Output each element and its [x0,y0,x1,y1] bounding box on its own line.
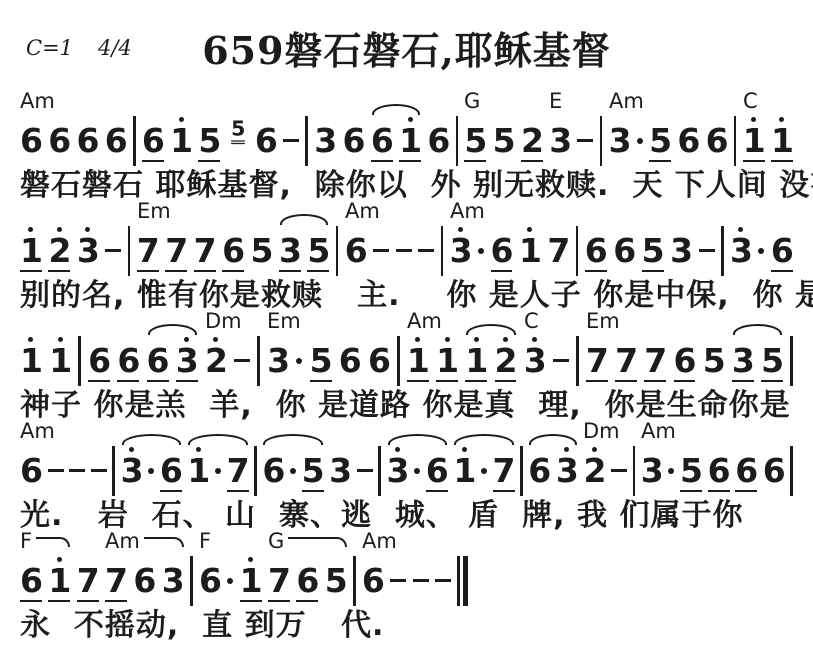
barline [378,443,381,497]
note: 5 [310,333,332,387]
dash [390,553,406,607]
dash [413,553,429,607]
note: 1 [519,223,541,277]
chord-label: F [20,529,32,553]
music-line: 617763617656永 不摇动, 直 到万 代.FAmFGAm [20,528,793,638]
note: 3 [670,223,692,277]
note: 5 [680,443,702,497]
note: 6 [371,113,393,167]
chord-label: Am [362,529,397,553]
dash [105,223,121,277]
barline [600,113,603,167]
note: 6 [427,113,449,167]
note: 6 [262,443,284,497]
note: 7 [165,223,187,277]
barline [734,113,737,167]
note: 5 [325,553,347,607]
augmentation-dot [758,223,764,277]
augmentation-dot [637,113,643,167]
note: 5 [307,223,329,277]
augmentation-dot [148,443,154,497]
note: 2 [521,113,543,167]
note: 5 [464,113,486,167]
note: 5 [642,223,664,277]
note: 6 [491,223,513,277]
chord-label: F [199,529,211,553]
note: 1 [187,443,209,497]
barline [456,113,459,167]
augmentation-dot [296,333,302,387]
dash [283,113,299,167]
barline [257,333,260,387]
note: 3 [267,333,289,387]
note: 6 [296,553,318,607]
note: 5 [493,113,515,167]
note: 6 [708,443,730,497]
note: 3 [121,443,143,497]
note: 3 [387,443,409,497]
augmentation-dot [478,223,484,277]
augmentation-dot [668,443,674,497]
note: 6 [343,113,365,167]
sheet-music-page: C=1 4/4 659磐石磐石,耶稣基督 6666615563661655233… [0,0,813,654]
note: 2 [205,333,227,387]
slur [454,434,514,445]
note: 1 [453,443,475,497]
dash [553,333,569,387]
note: 5 [703,333,725,387]
slur [188,434,248,445]
note: 7 [137,223,159,277]
note: 6 [585,223,607,277]
slur [372,104,420,115]
note: 1 [20,333,42,387]
note: 3 [450,223,472,277]
note: 2 [583,443,605,497]
barline [790,333,793,387]
slur [122,434,181,445]
chord-label: Dm [205,309,242,333]
note: 7 [644,333,666,387]
barline [576,223,579,277]
chord-label: Am [20,89,55,113]
slur [263,434,323,445]
chord-label: E [549,89,562,113]
slur [733,324,782,335]
notes-row: 123777653563617665336 [20,223,793,277]
note: 6 [77,113,99,167]
chord-arc [288,537,347,547]
note: 3 [329,443,351,497]
notes-row: 11666323566111237776535 [20,333,793,387]
grace-note: 5 [231,111,245,144]
barline [397,333,400,387]
note: 6 [142,113,164,167]
barline [254,443,257,497]
dash [396,223,412,277]
note: 5 [198,113,220,167]
chord-label: Am [641,419,676,443]
note: 2 [48,223,70,277]
chord-label: Am [407,309,442,333]
note: 5 [649,113,671,167]
note: 6 [199,553,221,607]
note: 6 [48,113,70,167]
note: 3 [732,333,754,387]
header: C=1 4/4 659磐石磐石,耶稣基督 [0,0,813,88]
note: 7 [77,553,99,607]
augmentation-dot [215,443,221,497]
note: 6 [339,333,361,387]
slur [529,434,577,445]
barline [190,553,193,607]
lyrics-line: 永 不摇动, 直 到万 代. [20,610,793,642]
chord-label: G [268,529,284,553]
note: 6 [362,553,384,607]
chord-label: Am [345,199,380,223]
note: 6 [88,333,110,387]
note: 7 [227,443,249,497]
note: 6 [771,223,793,277]
chord-label: Am [609,89,644,113]
music-line: 63617653361763235666光. 岩 石、 山 寨、逃 城、 盾 牌… [20,418,793,528]
dash [48,443,64,497]
note: 6 [20,553,42,607]
barline [78,333,81,387]
notes-row: 63617653361763235666 [20,443,793,497]
dash [699,223,715,277]
augmentation-dot [227,553,233,607]
note: 6 [426,443,448,497]
chord-label: Em [267,309,301,333]
barline [441,223,444,277]
barline [721,223,724,277]
barline [336,223,339,277]
note: 6 [133,553,155,607]
note: 6 [677,113,699,167]
chord-label: C [524,309,539,333]
note: 6 [674,333,696,387]
note: 3 [314,113,336,167]
note: 7 [105,553,127,607]
dash [69,443,85,497]
dash [611,443,627,497]
barline [305,113,308,167]
note: 3 [641,443,663,497]
note: 6 [345,223,367,277]
note: 7 [615,333,637,387]
slur [388,434,447,445]
barline [353,553,356,607]
note: 7 [194,223,216,277]
barline [790,443,793,497]
note: 1 [48,553,70,607]
note: 6 [105,113,127,167]
note: 6 [763,443,785,497]
barline [576,333,579,387]
time-signature: 4/4 [98,36,132,60]
note: 3 [77,223,99,277]
music-line: 666661556366165523356611磐石磐石 耶稣基督, 除你以 外… [20,88,793,198]
note: 1 [771,113,793,167]
chord-arc [36,537,70,547]
note: 7 [268,553,290,607]
note: 6 [528,443,550,497]
note: 1 [20,223,42,277]
slur [148,324,197,335]
chord-label: Am [105,529,140,553]
note: 7 [586,333,608,387]
notes-row: 617763617656 [20,553,468,607]
note: 6 [706,113,728,167]
note: 3 [556,443,578,497]
key-signature: C=1 [26,36,73,60]
note: 7 [547,223,569,277]
dash [577,113,593,167]
barline [133,113,136,167]
note: 6 [368,333,390,387]
barline [520,443,523,497]
note: 3 [609,113,631,167]
note: 7 [493,443,515,497]
note: 3 [730,223,752,277]
note: 1 [49,333,71,387]
note: 1 [240,553,262,607]
note: 6 [20,443,42,497]
slur [466,324,516,335]
chord-label: Em [586,309,620,333]
dash [373,223,389,277]
barline [633,443,636,497]
augmentation-dot [481,443,487,497]
note: 1 [743,113,765,167]
dash [435,553,451,607]
note: 1 [436,333,458,387]
note: 5 [761,333,783,387]
augmentation-dot [414,443,420,497]
chord-label: Dm [583,419,620,443]
note: 6 [147,333,169,387]
note: 1 [407,333,429,387]
barline [112,443,115,497]
chord-arc [144,537,184,547]
chord-label: Em [137,199,171,223]
note: 6 [222,223,244,277]
note: 3 [162,553,184,607]
slur [280,214,328,225]
music-line: 11666323566111237776535神子 你是羔 羊, 你 是道路 你… [20,308,793,418]
note: 5 [251,223,273,277]
music-line: 123777653563617665336别的名, 惟有你是救赎 主. 你 是人… [20,198,793,308]
note: 3 [549,113,571,167]
note: 5 [302,443,324,497]
note: 6 [613,223,635,277]
chord-label: C [743,89,758,113]
dash [418,223,434,277]
augmentation-dot [290,443,296,497]
note: 6 [20,113,42,167]
note: 6 [735,443,757,497]
note: 6 [117,333,139,387]
chord-label: Am [20,419,55,443]
note: 3 [279,223,301,277]
barline [128,223,131,277]
note: 1 [465,333,487,387]
score: 666661556366165523356611磐石磐石 耶稣基督, 除你以 外… [0,88,813,638]
note: 6 [160,443,182,497]
chord-label: Am [450,199,485,223]
note: 1 [399,113,421,167]
note: 2 [495,333,517,387]
dash [91,443,107,497]
notes-row: 666661556366165523356611 [20,113,793,167]
final-barline [457,553,468,607]
note: 3 [524,333,546,387]
note: 3 [176,333,198,387]
note: 1 [170,113,192,167]
note: 6 [255,113,277,167]
chord-label: G [464,89,480,113]
dash [234,333,250,387]
dash [357,443,373,497]
